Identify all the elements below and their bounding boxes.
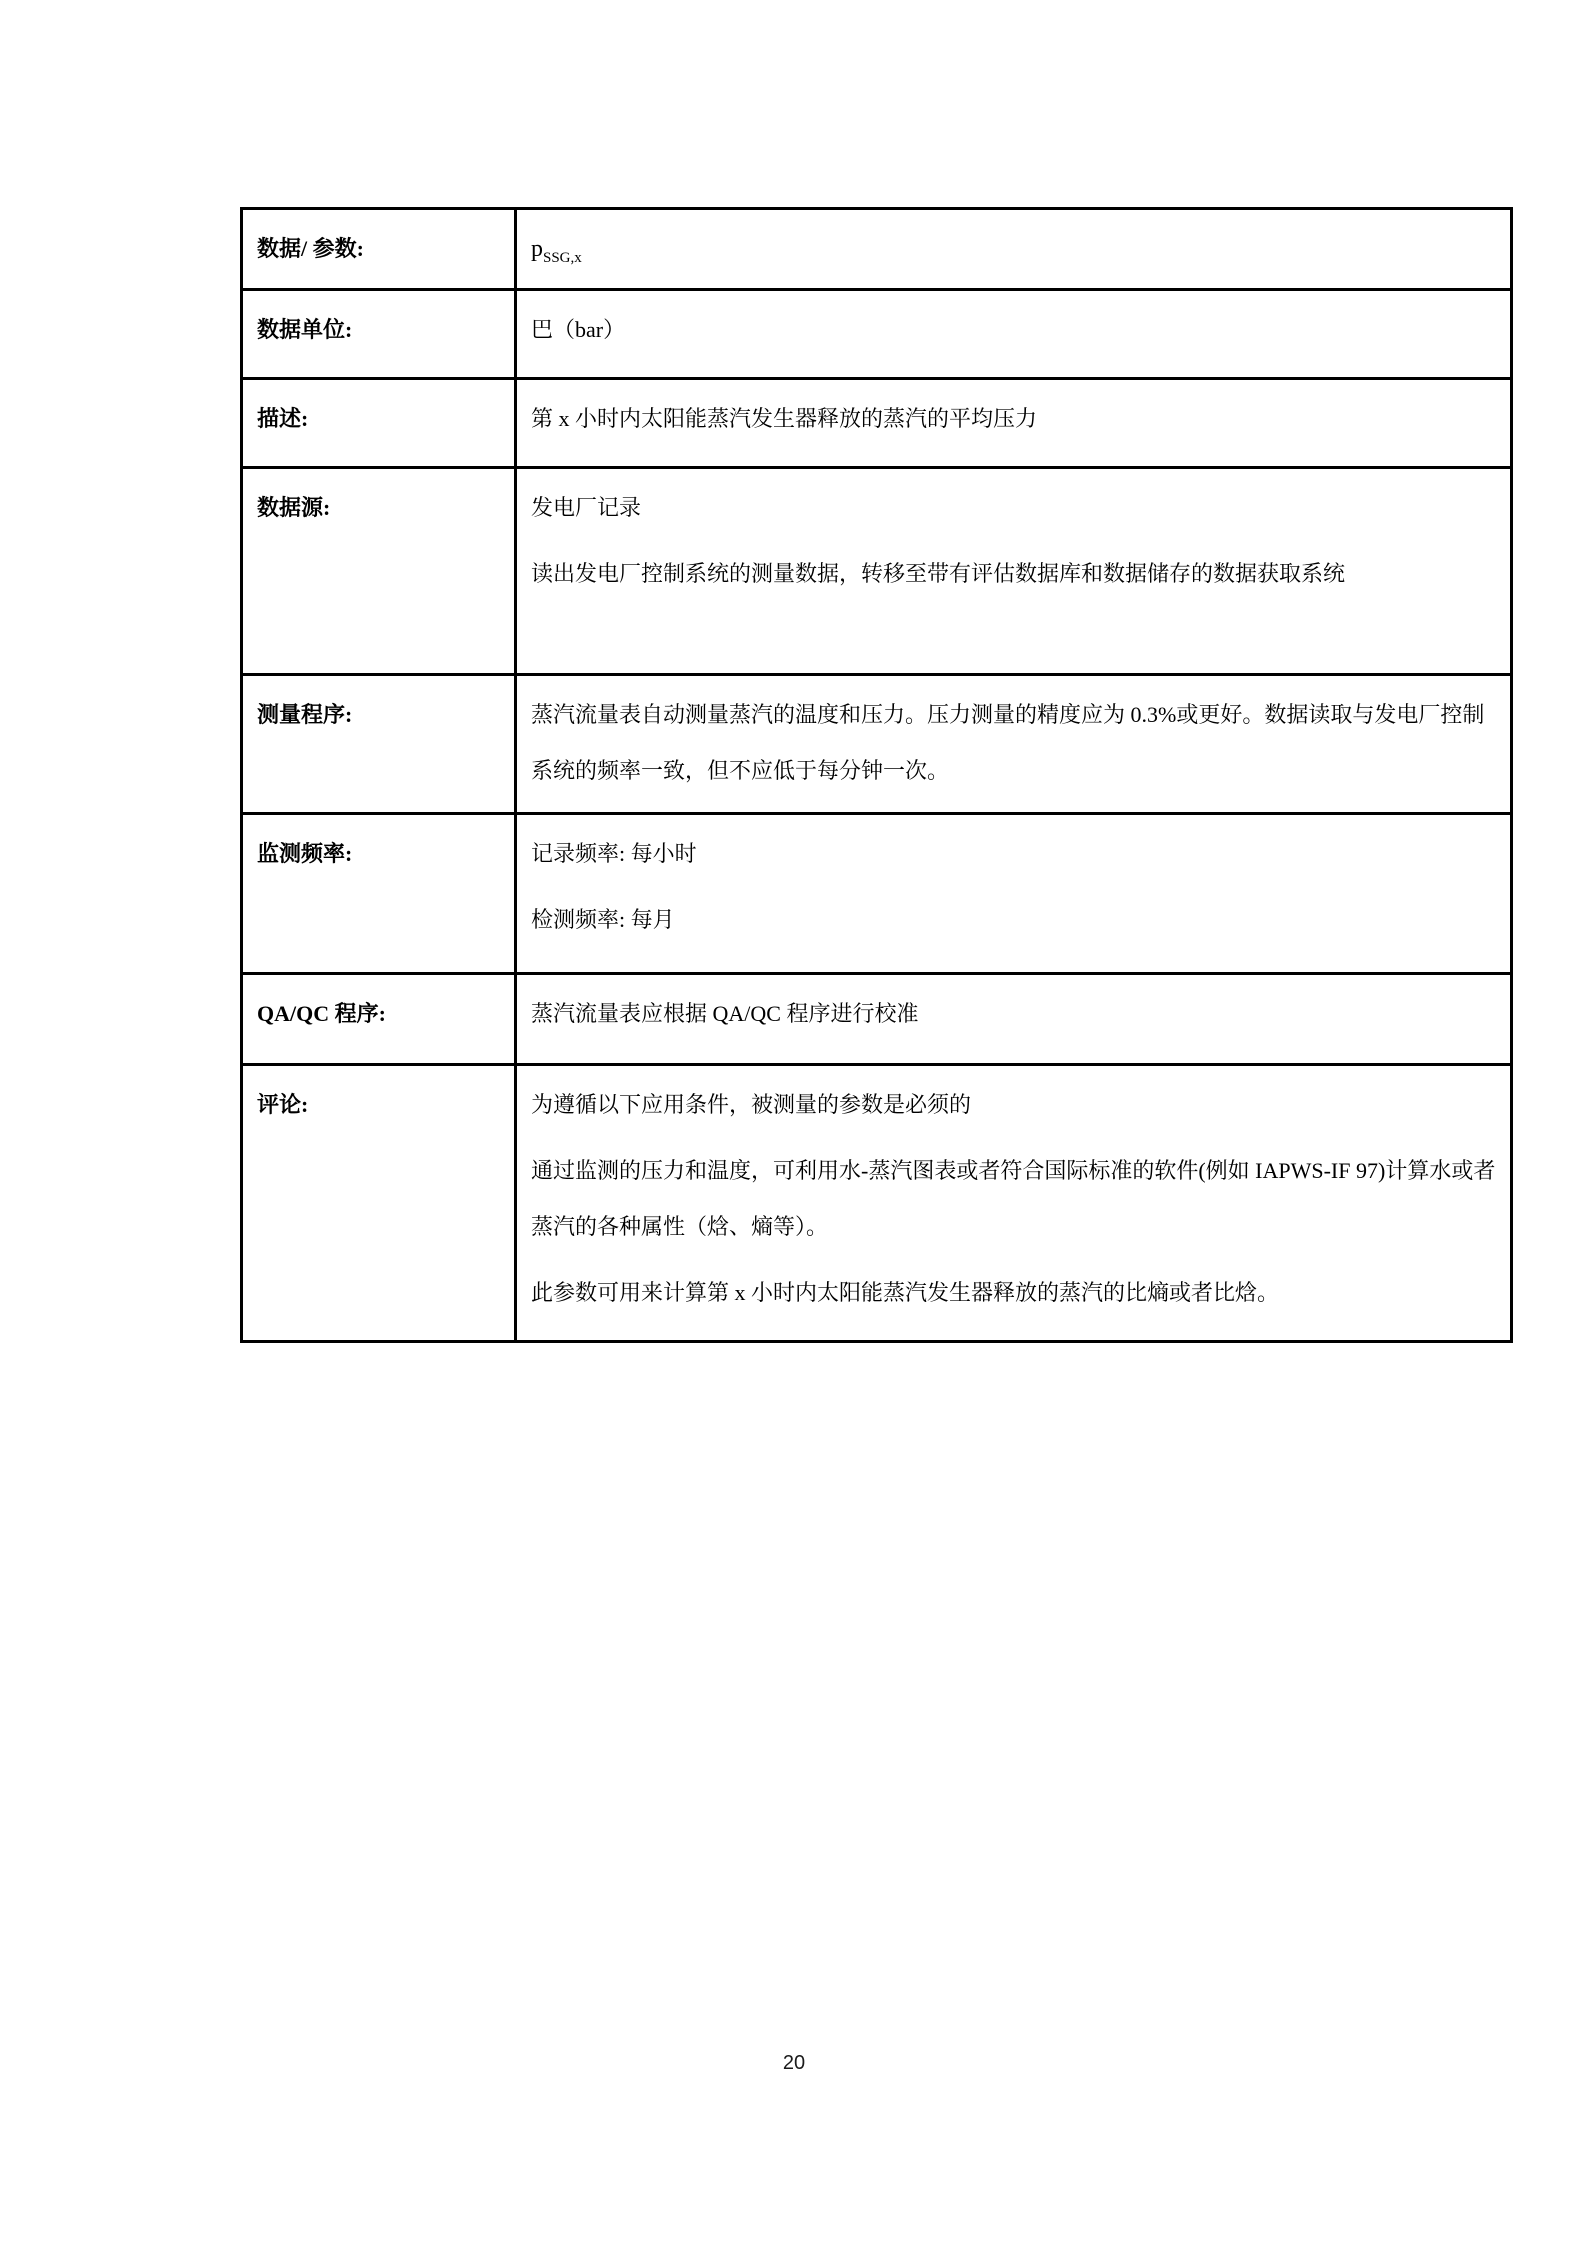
recording-frequency-text: 记录频率: 每小时 (531, 826, 1496, 882)
row-value-comments: 为遵循以下应用条件，被测量的参数是必须的 通过监测的压力和温度，可利用水-蒸汽图… (516, 1065, 1512, 1342)
parameter-table: 数据/ 参数: pSSG,x 数据单位: 巴（bar） 描述: 第 x 小时内太… (240, 207, 1513, 1343)
row-value-data-source: 发电厂记录 读出发电厂控制系统的测量数据，转移至带有评估数据库和数据储存的数据获… (516, 468, 1512, 675)
comments-text-2: 通过监测的压力和温度，可利用水-蒸汽图表或者符合国际标准的软件(例如 IAPWS… (531, 1143, 1496, 1255)
row-label-measurement-procedure: 测量程序: (242, 675, 516, 814)
row-label-data-source: 数据源: (242, 468, 516, 675)
table-row-comments: 评论: 为遵循以下应用条件，被测量的参数是必须的 通过监测的压力和温度，可利用水… (242, 1065, 1512, 1342)
table-row-description: 描述: 第 x 小时内太阳能蒸汽发生器释放的蒸汽的平均压力 (242, 379, 1512, 468)
parameter-symbol-base: p (531, 236, 543, 262)
row-value-data-unit: 巴（bar） (516, 290, 1512, 379)
table-row-monitoring-frequency: 监测频率: 记录频率: 每小时 检测频率: 每月 (242, 814, 1512, 974)
row-label-data-unit: 数据单位: (242, 290, 516, 379)
description-text: 第 x 小时内太阳能蒸汽发生器释放的蒸汽的平均压力 (531, 391, 1496, 447)
table-row-data-source: 数据源: 发电厂记录 读出发电厂控制系统的测量数据，转移至带有评估数据库和数据储… (242, 468, 1512, 675)
measurement-procedure-text: 蒸汽流量表自动测量蒸汽的温度和压力。压力测量的精度应为 0.3%或更好。数据读取… (531, 687, 1496, 799)
comments-text-3: 此参数可用来计算第 x 小时内太阳能蒸汽发生器释放的蒸汽的比熵或者比焓。 (531, 1265, 1496, 1321)
row-label-description: 描述: (242, 379, 516, 468)
inspection-frequency-text: 检测频率: 每月 (531, 892, 1496, 948)
row-value-description: 第 x 小时内太阳能蒸汽发生器释放的蒸汽的平均压力 (516, 379, 1512, 468)
row-value-measurement-procedure: 蒸汽流量表自动测量蒸汽的温度和压力。压力测量的精度应为 0.3%或更好。数据读取… (516, 675, 1512, 814)
row-label-comments: 评论: (242, 1065, 516, 1342)
row-label-data-parameter: 数据/ 参数: (242, 209, 516, 290)
comments-text-1: 为遵循以下应用条件，被测量的参数是必须的 (531, 1077, 1496, 1133)
table-row-data-parameter: 数据/ 参数: pSSG,x (242, 209, 1512, 290)
data-unit-text: 巴（bar） (531, 302, 1496, 358)
row-value-qaqc-procedure: 蒸汽流量表应根据 QA/QC 程序进行校准 (516, 974, 1512, 1065)
table-row-measurement-procedure: 测量程序: 蒸汽流量表自动测量蒸汽的温度和压力。压力测量的精度应为 0.3%或更… (242, 675, 1512, 814)
parameter-symbol-subscript: SSG,x (543, 250, 582, 266)
row-value-monitoring-frequency: 记录频率: 每小时 检测频率: 每月 (516, 814, 1512, 974)
row-label-monitoring-frequency: 监测频率: (242, 814, 516, 974)
table-row-data-unit: 数据单位: 巴（bar） (242, 290, 1512, 379)
row-label-qaqc-procedure: QA/QC 程序: (242, 974, 516, 1065)
data-source-text-2: 读出发电厂控制系统的测量数据，转移至带有评估数据库和数据储存的数据获取系统 (531, 546, 1496, 602)
row-value-data-parameter: pSSG,x (516, 209, 1512, 290)
page-number: 20 (0, 2052, 1588, 2075)
qaqc-procedure-text: 蒸汽流量表应根据 QA/QC 程序进行校准 (531, 986, 1496, 1042)
data-source-text-1: 发电厂记录 (531, 480, 1496, 536)
parameter-symbol: pSSG,x (531, 221, 1496, 277)
table-row-qaqc-procedure: QA/QC 程序: 蒸汽流量表应根据 QA/QC 程序进行校准 (242, 974, 1512, 1065)
